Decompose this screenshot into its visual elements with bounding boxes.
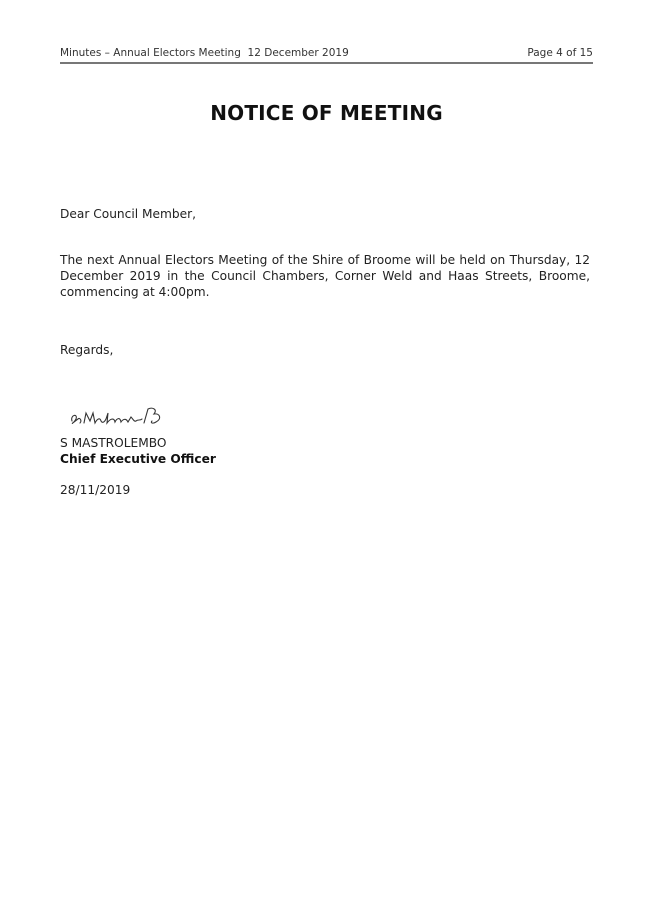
signature-icon xyxy=(68,403,168,433)
header-page-number: Page 4 of 15 xyxy=(527,47,593,59)
notice-body: The next Annual Electors Meeting of the … xyxy=(60,252,590,300)
closing: Regards, xyxy=(60,343,113,357)
signatory-name: S MASTROLEMBO xyxy=(60,436,166,450)
signatory-title: Chief Executive Officer xyxy=(60,452,216,466)
page-title: NOTICE OF MEETING xyxy=(0,101,653,125)
page-header: Minutes – Annual Electors Meeting 12 Dec… xyxy=(60,46,593,64)
header-document-title: Minutes – Annual Electors Meeting 12 Dec… xyxy=(60,47,349,59)
letter-date: 28/11/2019 xyxy=(60,483,130,497)
salutation: Dear Council Member, xyxy=(60,207,196,221)
